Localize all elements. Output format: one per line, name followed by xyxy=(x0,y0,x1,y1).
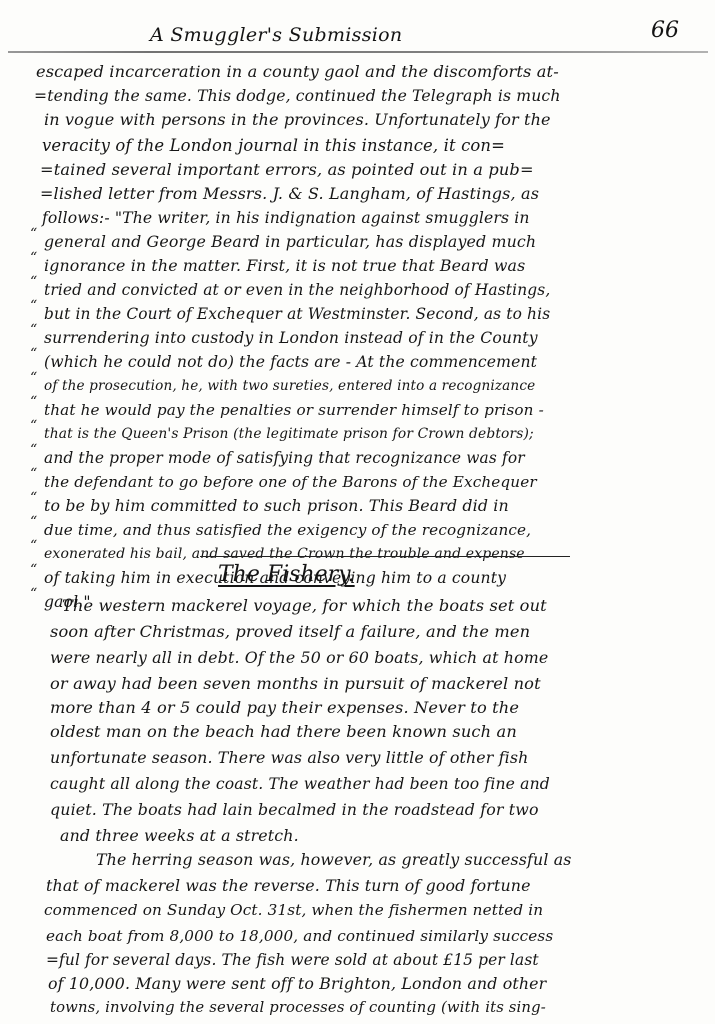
text-line: of 10,000. Many were sent off to Brighto… xyxy=(48,974,546,994)
text-line: follows:- "The writer, in his indignatio… xyxy=(42,208,530,228)
quote-mark-icon: “ xyxy=(30,538,37,554)
section-divider xyxy=(200,556,570,557)
header-rule xyxy=(8,51,708,53)
page-header-title: A Smuggler's Submission xyxy=(150,24,480,46)
section-title-fishery: The Fishery. xyxy=(218,562,355,587)
text-line: towns, involving the several processes o… xyxy=(50,998,546,1018)
text-line: that is the Queen's Prison (the legitima… xyxy=(44,424,534,444)
text-line: (which he could not do) the facts are - … xyxy=(44,352,537,372)
quote-mark-icon: “ xyxy=(30,442,37,458)
text-line: in vogue with persons in the provinces. … xyxy=(44,110,551,130)
text-line: quiet. The boats had lain becalmed in th… xyxy=(50,800,539,820)
text-line: ignorance in the matter. First, it is no… xyxy=(44,256,525,276)
text-line: and three weeks at a stretch. xyxy=(60,826,299,846)
text-line: the defendant to go before one of the Ba… xyxy=(44,472,537,492)
text-line: each boat from 8,000 to 18,000, and cont… xyxy=(46,926,553,946)
quote-mark-icon: “ xyxy=(30,514,37,530)
text-line: of the prosecution, he, with two suretie… xyxy=(44,376,535,396)
text-line: but in the Court of Exchequer at Westmin… xyxy=(44,304,550,324)
text-line: general and George Beard in particular, … xyxy=(44,232,536,252)
text-line: soon after Christmas, proved itself a fa… xyxy=(50,622,530,642)
text-line: =tending the same. This dodge, continued… xyxy=(34,86,561,106)
text-line: tried and convicted at or even in the ne… xyxy=(44,280,550,300)
quote-mark-icon: “ xyxy=(30,274,37,290)
text-line: The herring season was, however, as grea… xyxy=(96,850,572,870)
quote-mark-icon: “ xyxy=(30,370,37,386)
text-line: The western mackerel voyage, for which t… xyxy=(62,596,547,616)
text-line: and the proper mode of satisfying that r… xyxy=(44,448,525,468)
text-line: escaped incarceration in a county gaol a… xyxy=(36,62,559,82)
text-line: caught all along the coast. The weather … xyxy=(50,774,550,794)
manuscript-page: A Smuggler's Submission 66 escaped incar… xyxy=(0,0,715,1024)
text-line: commenced on Sunday Oct. 31st, when the … xyxy=(44,900,543,920)
quote-mark-icon: “ xyxy=(30,322,37,338)
text-line: that he would pay the penalties or surre… xyxy=(44,400,544,420)
text-line: oldest man on the beach had there been k… xyxy=(50,722,517,742)
quote-mark-icon: “ xyxy=(30,298,37,314)
text-line: veracity of the London journal in this i… xyxy=(42,136,505,156)
text-line: surrendering into custody in London inst… xyxy=(44,328,538,348)
quote-mark-icon: “ xyxy=(30,586,37,602)
text-line: more than 4 or 5 could pay their expense… xyxy=(50,698,519,718)
text-line: exonerated his bail, and saved the Crown… xyxy=(44,544,525,564)
page-number: 66 xyxy=(651,18,679,43)
text-line: =ful for several days. The fish were sol… xyxy=(46,950,539,970)
text-line: =tained several important errors, as poi… xyxy=(40,160,534,180)
quote-mark-icon: “ xyxy=(30,250,37,266)
quote-mark-icon: “ xyxy=(30,394,37,410)
quote-mark-icon: “ xyxy=(30,490,37,506)
text-line: to be by him committed to such prison. T… xyxy=(44,496,509,516)
text-line: =lished letter from Messrs. J. & S. Lang… xyxy=(40,184,539,204)
quote-mark-icon: “ xyxy=(30,466,37,482)
quote-mark-icon: “ xyxy=(30,418,37,434)
quote-mark-icon: “ xyxy=(30,346,37,362)
quote-mark-icon: “ xyxy=(30,562,37,578)
text-line: unfortunate season. There was also very … xyxy=(50,748,528,768)
text-line: were nearly all in debt. Of the 50 or 60… xyxy=(50,648,548,668)
text-line: or away had been seven months in pursuit… xyxy=(50,674,541,694)
quote-mark-icon: “ xyxy=(30,226,37,242)
text-line: that of mackerel was the reverse. This t… xyxy=(46,876,531,896)
text-line: due time, and thus satisfied the exigenc… xyxy=(44,520,531,540)
